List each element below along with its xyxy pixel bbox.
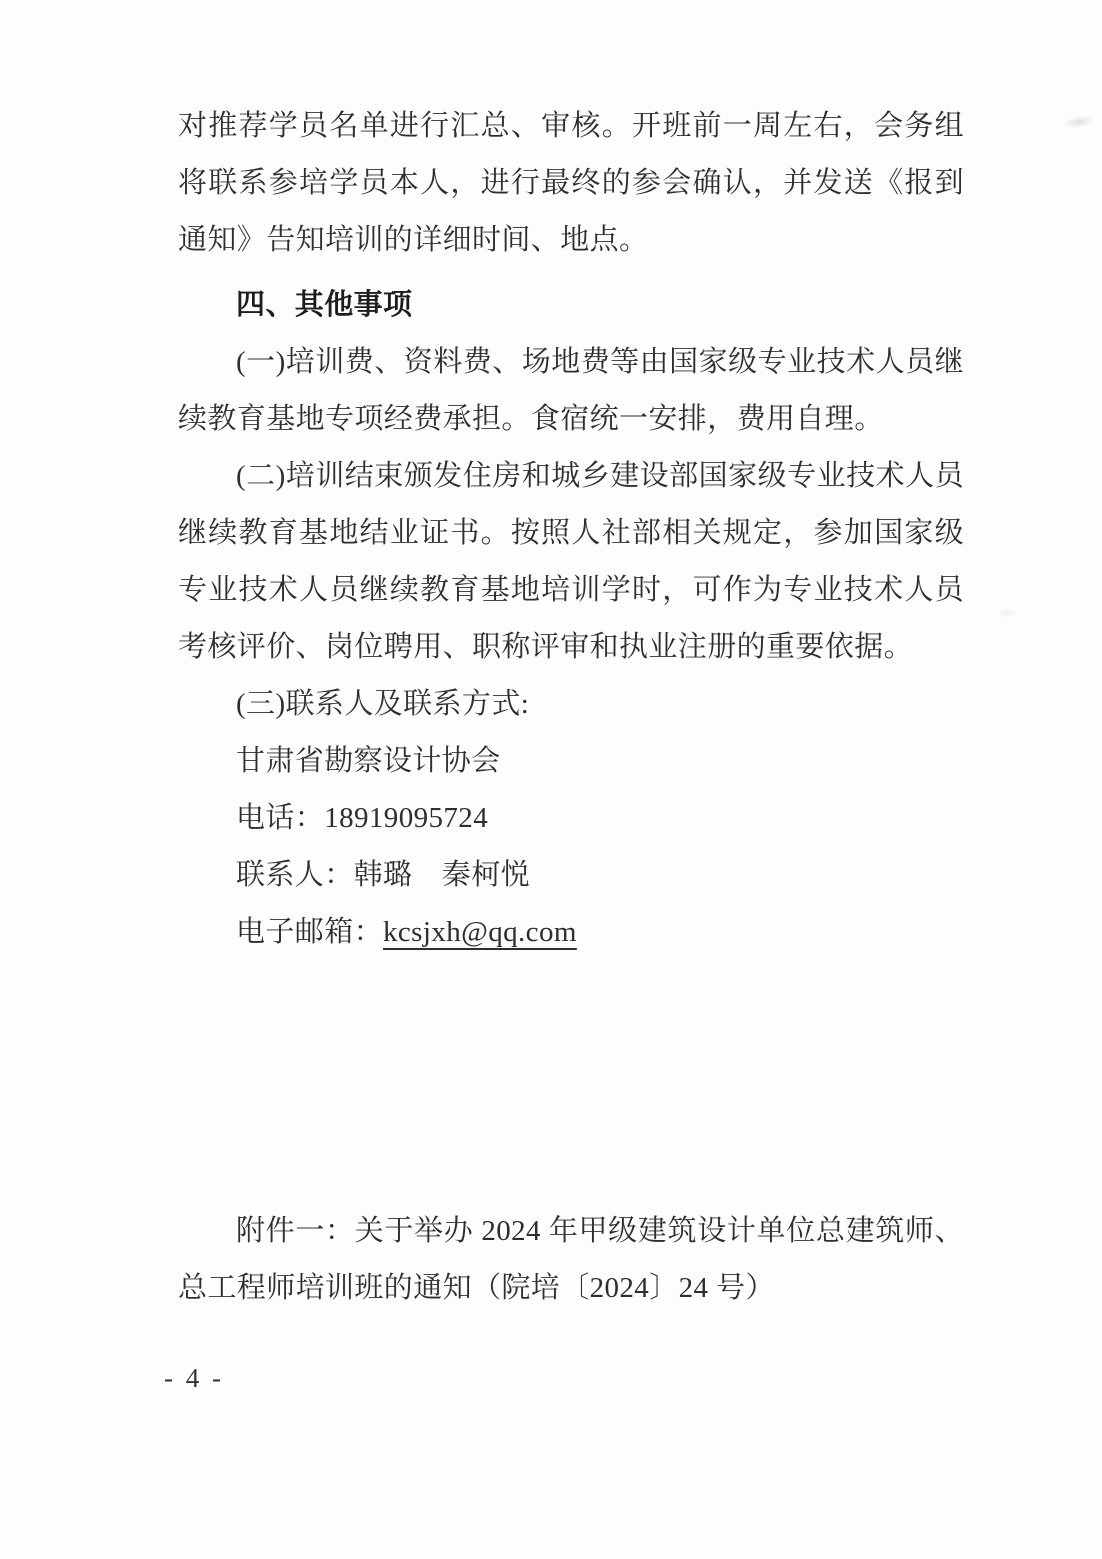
document-body: 对推荐学员名单进行汇总、审核。开班前一周左右，会务组将联系参培学员本人，进行最终… (178, 98, 964, 1317)
phone-label: 电话： (236, 802, 324, 834)
intro-paragraph: 对推荐学员名单进行汇总、审核。开班前一周左右，会务组将联系参培学员本人，进行最终… (178, 98, 964, 269)
contact-organization: 甘肃省勘察设计协会 (178, 733, 964, 790)
item-certificate-paragraph: (二)培训结束颁发住房和城乡建设部国家级专业技术人员继续教育基地结业证书。按照人… (178, 448, 964, 676)
contact-email-line: 电子邮箱：kcsjxh@qq.com (178, 904, 964, 961)
attachment-reference: 附件一：关于举办 2024 年甲级建筑设计单位总建筑师、总工程师培训班的通知（院… (178, 1203, 964, 1317)
page-number: - 4 - (164, 1363, 224, 1394)
scan-artifact (1061, 114, 1096, 131)
contact-phone-line: 电话：18919095724 (178, 790, 964, 847)
person-label: 联系人： (236, 859, 354, 891)
email-address: kcsjxh@qq.com (383, 916, 577, 948)
phone-number: 18919095724 (324, 802, 488, 834)
section-heading: 四、其他事项 (178, 277, 964, 334)
item-contact-heading: (三)联系人及联系方式: (178, 676, 964, 733)
contact-person-line: 联系人：韩璐 秦柯悦 (178, 847, 964, 904)
item-fees-paragraph: (一)培训费、资料费、场地费等由国家级专业技术人员继续教育基地专项经费承担。食宿… (178, 334, 964, 448)
scan-artifact (998, 608, 1016, 618)
email-label: 电子邮箱： (236, 916, 383, 948)
person-names: 韩璐 秦柯悦 (354, 859, 530, 891)
document-page: 对推荐学员名单进行汇总、审核。开班前一周左右，会务组将联系参培学员本人，进行最终… (0, 0, 1102, 1559)
